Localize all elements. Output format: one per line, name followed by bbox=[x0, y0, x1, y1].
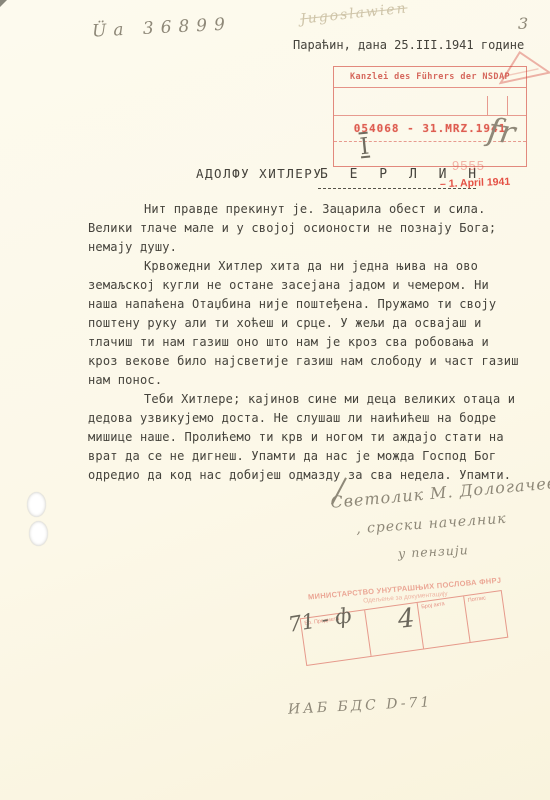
scanned-letter-page: Üa 36899 Jugoslawien 3 Параћин, дана 25.… bbox=[0, 0, 550, 800]
registry-handwritten-figure: 4 bbox=[396, 603, 416, 635]
recipient-name: АДОЛФУ ХИТЛЕРУ bbox=[196, 166, 322, 181]
letter-body: Нит правде прекинут је. Зацарила обест и… bbox=[88, 200, 522, 485]
crossed-out-note-pencil: Jugoslawien bbox=[299, 0, 408, 27]
paragraph-1: Нит правде прекинут је. Зацарила обест и… bbox=[88, 200, 522, 257]
inventory-number-pencil: Üa 36899 bbox=[92, 14, 233, 41]
hole-punch-top bbox=[27, 492, 46, 517]
signature-title-line2: у пензији bbox=[398, 542, 469, 561]
paragraph-3: Теби Хитлере; кајинов сине ми деца велик… bbox=[88, 390, 522, 485]
paragraph-2: Крвожедни Хитлер хита да ни једна њива н… bbox=[88, 257, 522, 390]
received-date-stamp: – 1. April 1941 bbox=[440, 176, 511, 190]
received-stamp-number: 9555 bbox=[452, 158, 485, 173]
hole-punch-bottom bbox=[29, 521, 48, 546]
stamp-cell-divider bbox=[487, 96, 488, 115]
registry-cell-act: Број акта bbox=[418, 596, 471, 648]
archive-reference-pencil: ИАБ БДС D-71 bbox=[288, 694, 433, 718]
registry-cell-signature: Потпис bbox=[464, 591, 507, 642]
dateline: Параћин, дана 25.III.1941 године bbox=[293, 38, 524, 52]
signature-title: , срески начелник bbox=[356, 511, 507, 537]
scan-corner-artifact bbox=[0, 0, 7, 7]
page-number: 3 bbox=[518, 14, 528, 33]
